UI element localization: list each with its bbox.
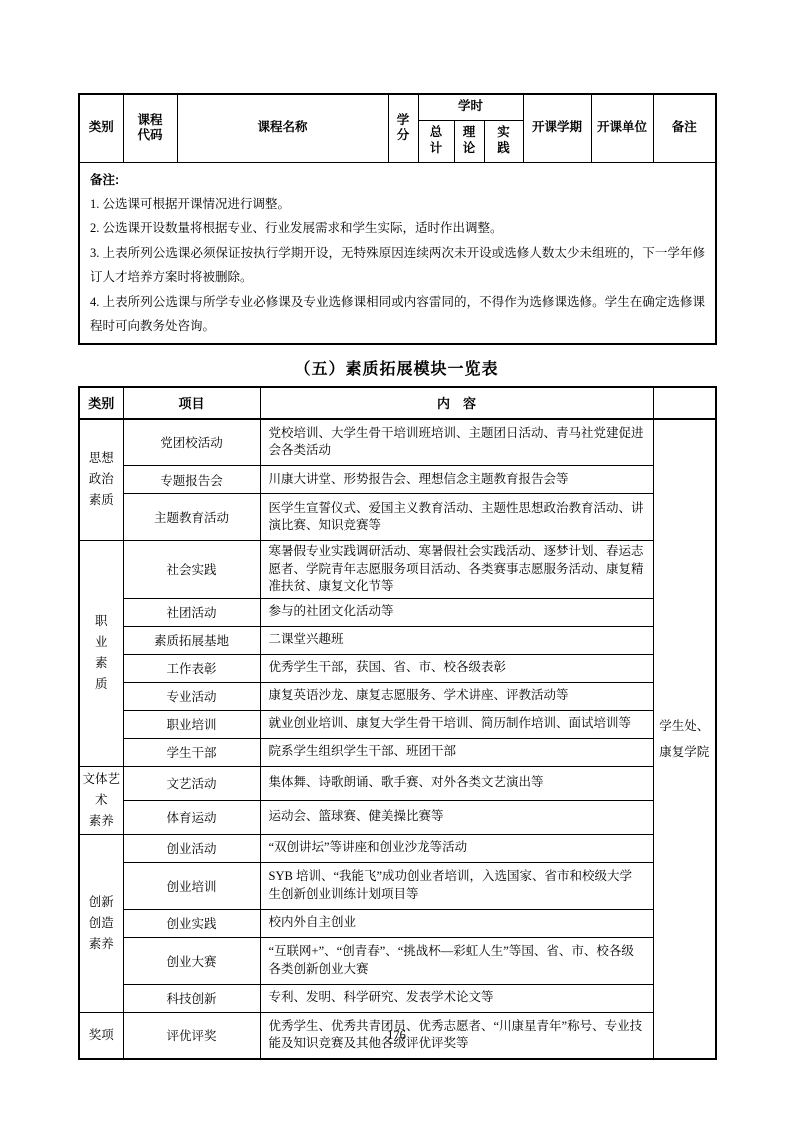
header-hours-theory: 理 论 [454, 120, 484, 162]
course-table: 类别 课程 代码 课程名称 学 分 学时 开课学期 开课单位 备注 总 计 理 … [78, 93, 717, 345]
project-cell: 主题教育活动 [123, 494, 260, 541]
remark-item-4: 4. 上表所列公选课与所学专业必修课及专业选修课相同或内容雷同的，不得作为选修课… [90, 290, 705, 339]
remark-item-1: 1. 公选课可根据开课情况进行调整。 [90, 192, 705, 217]
table-row: 科技创新 专利、发明、科学研究、发表学术论文等 [79, 984, 716, 1012]
table-row: 创业培训 SYB 培训、“我能飞”成功创业者培训，入选国家、省市和校级大学生创新… [79, 862, 716, 909]
content-cell: 川康大讲堂、形势报告会、理想信念主题教育报告会等 [260, 466, 653, 494]
category-cell: 创新 创造 素养 [79, 834, 123, 1012]
project-cell: 党团校活动 [123, 419, 260, 466]
table-row: 社团活动 参与的社团文化活动等 [79, 598, 716, 626]
category-cell: 职 业 素 质 [79, 541, 123, 767]
table-row: 专题报告会 川康大讲堂、形势报告会、理想信念主题教育报告会等 [79, 466, 716, 494]
project-cell: 创业大赛 [123, 937, 260, 984]
section-title: （五）素质拓展模块一览表 [78, 356, 715, 379]
table-row: 工作表彰 优秀学生干部，获国、省、市、校各级表彰 [79, 654, 716, 682]
table-row: 思想 政治 素质 党团校活动 党校培训、大学生骨干培训班培训、主题团日活动、青马… [79, 419, 716, 466]
table-row: 创新 创造 素养 创业活动 “双创讲坛”等讲座和创业沙龙等活动 [79, 834, 716, 862]
content-cell: 党校培训、大学生骨干培训班培训、主题团日活动、青马社党建促进会各类活动 [260, 419, 653, 466]
project-cell: 工作表彰 [123, 654, 260, 682]
content-cell: 医学生宣誓仪式、爱国主义教育活动、主题性思想政治教育活动、讲演比赛、知识竞赛等 [260, 494, 653, 541]
content-cell: 专利、发明、科学研究、发表学术论文等 [260, 984, 653, 1012]
category-cell: 思想 政治 素质 [79, 419, 123, 541]
table-row: 职 业 素 质 社会实践 寒暑假专业实践调研活动、寒暑假社会实践活动、逐梦计划、… [79, 541, 716, 599]
table-row: 素质拓展基地 二课堂兴趣班 [79, 626, 716, 654]
table-row: 文体艺术 素养 文艺活动 集体舞、诗歌朗诵、歌手赛、对外各类文艺演出等 [79, 766, 716, 800]
project-cell: 素质拓展基地 [123, 626, 260, 654]
header-unit: 开课单位 [591, 94, 653, 162]
content-cell: 院系学生组织学生干部、班团干部 [260, 738, 653, 766]
header-hours-practice: 实 践 [484, 120, 523, 162]
table-row: 学生干部 院系学生组织学生干部、班团干部 [79, 738, 716, 766]
project-cell: 专业活动 [123, 682, 260, 710]
table-header-row: 类别 项目 内 容 [79, 387, 716, 419]
header-course-name: 课程名称 [177, 94, 388, 162]
header-content: 内 容 [260, 387, 653, 419]
content-cell: 校内外自主创业 [260, 909, 653, 937]
page-number: 176 [0, 1028, 793, 1043]
content-cell: 运动会、篮球赛、健美操比赛等 [260, 800, 653, 834]
remarks-cell: 备注: 1. 公选课可根据开课情况进行调整。 2. 公选课开设数量将根据专业、行… [79, 162, 716, 344]
content-cell: 集体舞、诗歌朗诵、歌手赛、对外各类文艺演出等 [260, 766, 653, 800]
remark-item-3: 3. 上表所列公选课必须保证按执行学期开设，无特殊原因连续两次未开设或选修人数太… [90, 241, 705, 290]
document-page: 类别 课程 代码 课程名称 学 分 学时 开课学期 开课单位 备注 总 计 理 … [0, 0, 793, 1060]
project-cell: 社会实践 [123, 541, 260, 599]
content-cell: “互联网+”、“创青春”、“挑战杯—彩虹人生”等国、省、市、校各级各类创新创业大… [260, 937, 653, 984]
header-project: 项目 [123, 387, 260, 419]
project-cell: 文艺活动 [123, 766, 260, 800]
project-cell: 创业活动 [123, 834, 260, 862]
header-hours-total: 总 计 [418, 120, 454, 162]
content-cell: 寒暑假专业实践调研活动、寒暑假社会实践活动、逐梦计划、春运志愿者、学院青年志愿服… [260, 541, 653, 599]
header-category: 类别 [79, 387, 123, 419]
header-semester: 开课学期 [523, 94, 591, 162]
content-cell: 优秀学生干部，获国、省、市、校各级表彰 [260, 654, 653, 682]
table-row: 职业培训 就业创业培训、康复大学生骨干培训、简历制作培训、面试培训等 [79, 710, 716, 738]
content-cell: 就业创业培训、康复大学生骨干培训、简历制作培训、面试培训等 [260, 710, 653, 738]
project-cell: 科技创新 [123, 984, 260, 1012]
table-row: 专业活动 康复英语沙龙、康复志愿服务、学术讲座、评教活动等 [79, 682, 716, 710]
unit-cell: 学生处、康复学院 [653, 419, 716, 1060]
header-category: 类别 [79, 94, 123, 162]
table-row: 体育运动 运动会、篮球赛、健美操比赛等 [79, 800, 716, 834]
content-cell: “双创讲坛”等讲座和创业沙龙等活动 [260, 834, 653, 862]
content-cell: 二课堂兴趣班 [260, 626, 653, 654]
project-cell: 职业培训 [123, 710, 260, 738]
project-cell: 社团活动 [123, 598, 260, 626]
project-cell: 体育运动 [123, 800, 260, 834]
header-credits: 学 分 [388, 94, 418, 162]
content-cell: 参与的社团文化活动等 [260, 598, 653, 626]
remarks-label: 备注: [90, 168, 705, 192]
header-unit-empty [653, 387, 716, 419]
header-remarks: 备注 [653, 94, 716, 162]
table-row: 创业实践 校内外自主创业 [79, 909, 716, 937]
content-cell: SYB 培训、“我能飞”成功创业者培训，入选国家、省市和校级大学生创新创业训练计… [260, 862, 653, 909]
project-cell: 专题报告会 [123, 466, 260, 494]
project-cell: 学生干部 [123, 738, 260, 766]
remark-item-2: 2. 公选课开设数量将根据专业、行业发展需求和学生实际，适时作出调整。 [90, 216, 705, 241]
header-course-code: 课程 代码 [123, 94, 177, 162]
quality-table: 类别 项目 内 容 思想 政治 素质 党团校活动 党校培训、大学生骨干培训班培训… [78, 386, 717, 1061]
project-cell: 创业培训 [123, 862, 260, 909]
project-cell: 创业实践 [123, 909, 260, 937]
table-row: 创业大赛 “互联网+”、“创青春”、“挑战杯—彩虹人生”等国、省、市、校各级各类… [79, 937, 716, 984]
table-row: 主题教育活动 医学生宣誓仪式、爱国主义教育活动、主题性思想政治教育活动、讲演比赛… [79, 494, 716, 541]
category-cell: 文体艺术 素养 [79, 766, 123, 834]
header-hours: 学时 [418, 94, 523, 120]
content-cell: 康复英语沙龙、康复志愿服务、学术讲座、评教活动等 [260, 682, 653, 710]
